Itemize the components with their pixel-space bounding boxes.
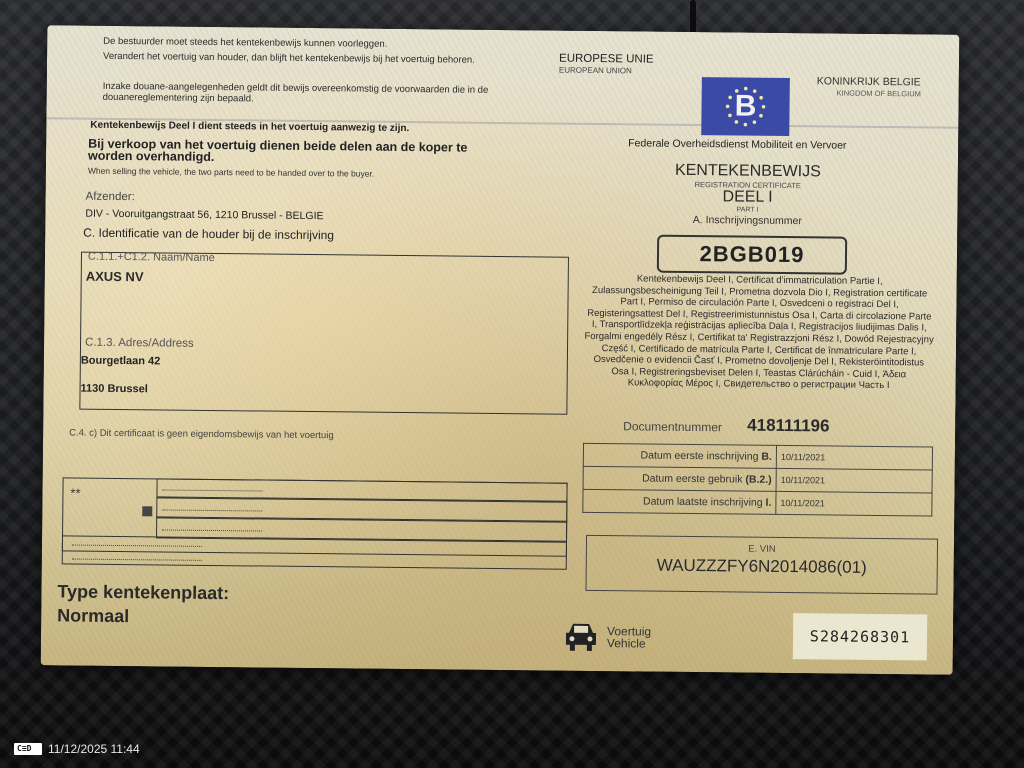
kingdom-en: KINGDOM OF BELGIUM xyxy=(837,89,921,99)
date-value: 10/11/2021 xyxy=(776,445,932,470)
document-number: 418111196 xyxy=(747,416,829,437)
vin-value: WAUZZZFY6N2014086(01) xyxy=(587,555,937,579)
logo-text: C≡D xyxy=(17,745,31,753)
date-label-text: Datum laatste inschrijving xyxy=(643,496,763,509)
notice-3: Inzake douane-aangelegenheden geldt dit … xyxy=(103,81,523,107)
authority: Federale Overheidsdienst Mobiliteit en V… xyxy=(628,137,846,151)
kingdom-nl: KONINKRIJK BELGIE xyxy=(817,75,921,88)
date-value: 10/11/2021 xyxy=(776,491,932,516)
date-code: I. xyxy=(766,497,772,509)
date-code: (B.2.) xyxy=(745,474,771,486)
brand-logo: C≡D xyxy=(14,743,42,755)
sender-value: DIV - Vooruitgangstraat 56, 1210 Brussel… xyxy=(85,208,323,222)
date-label-text: Datum eerste gebruik xyxy=(642,472,743,485)
car-icon xyxy=(563,621,599,653)
date-code: B. xyxy=(761,451,772,463)
sale-notice: Bij verkoop van het voertuig dienen beid… xyxy=(88,138,488,166)
holder-box: C.1.1.+C1.2. Naam/Name AXUS NV C.1.3. Ad… xyxy=(79,252,569,415)
checkbox-icon xyxy=(142,506,152,516)
notice-1: De bestuurder moet steeds het kentekenbe… xyxy=(103,36,503,51)
sender-label: Afzender: xyxy=(86,191,135,204)
date-value: 10/11/2021 xyxy=(776,468,932,493)
country-letter: B xyxy=(701,77,790,136)
sale-notice-en: When selling the vehicle, the two parts … xyxy=(88,166,508,180)
serial-sticker: S284268301 xyxy=(793,613,927,660)
eu-flag: B xyxy=(701,77,790,136)
document-number-label: Documentnummer xyxy=(623,419,722,434)
vehicle-label-en: Vehicle xyxy=(607,637,646,649)
date-label: Datum eerste gebruik (B.2.) xyxy=(583,466,776,491)
multilingual-text: Kentekenbewijs Deel I, Certificat d'imma… xyxy=(584,273,935,393)
eu-label-en: EUROPEAN UNION xyxy=(559,66,632,76)
address-label: C.1.3. Adres/Address xyxy=(85,337,194,350)
plate-type-value: Normaal xyxy=(57,605,129,627)
eu-label-nl: EUROPESE UNIE xyxy=(559,53,654,66)
holder-name: AXUS NV xyxy=(86,269,144,285)
table-row: Datum laatste inschrijving I. 10/11/2021 xyxy=(583,489,932,516)
dates-table: Datum eerste inschrijving B. 10/11/2021 … xyxy=(582,443,933,517)
address-line-2: 1130 Brussel xyxy=(81,383,148,396)
vin-label: E. VIN xyxy=(587,542,937,557)
c4-note: C.4. c) Dit certificaat is geen eigendom… xyxy=(69,427,334,441)
plate-type-label: Type kentekenplaat: xyxy=(57,581,229,604)
registration-certificate: De bestuurder moet steeds het kentekenbe… xyxy=(41,25,960,675)
holder-section-title: C. Identificatie van de houder bij de in… xyxy=(83,226,334,243)
registration-label: A. Inschrijvingsnummer xyxy=(607,213,887,228)
timestamp: 11/12/2025 11:44 xyxy=(48,742,140,756)
registration-number: 2BGB019 xyxy=(657,235,847,275)
name-label: C.1.1.+C1.2. Naam/Name xyxy=(88,251,215,264)
address-line-1: Bourgetlaan 42 xyxy=(81,355,161,368)
empty-grid: ** xyxy=(62,477,567,568)
vin-box: E. VIN WAUZZZFY6N2014086(01) xyxy=(585,535,938,595)
camera-timestamp: C≡D11/12/2025 11:44 xyxy=(14,740,140,754)
grid-mark: ** xyxy=(70,486,80,501)
notice-2: Verandert het voertuig van houder, dan b… xyxy=(103,51,503,66)
date-label: Datum laatste inschrijving I. xyxy=(583,489,776,514)
date-label-text: Datum eerste inschrijving xyxy=(641,449,759,462)
date-label: Datum eerste inschrijving B. xyxy=(583,443,776,468)
